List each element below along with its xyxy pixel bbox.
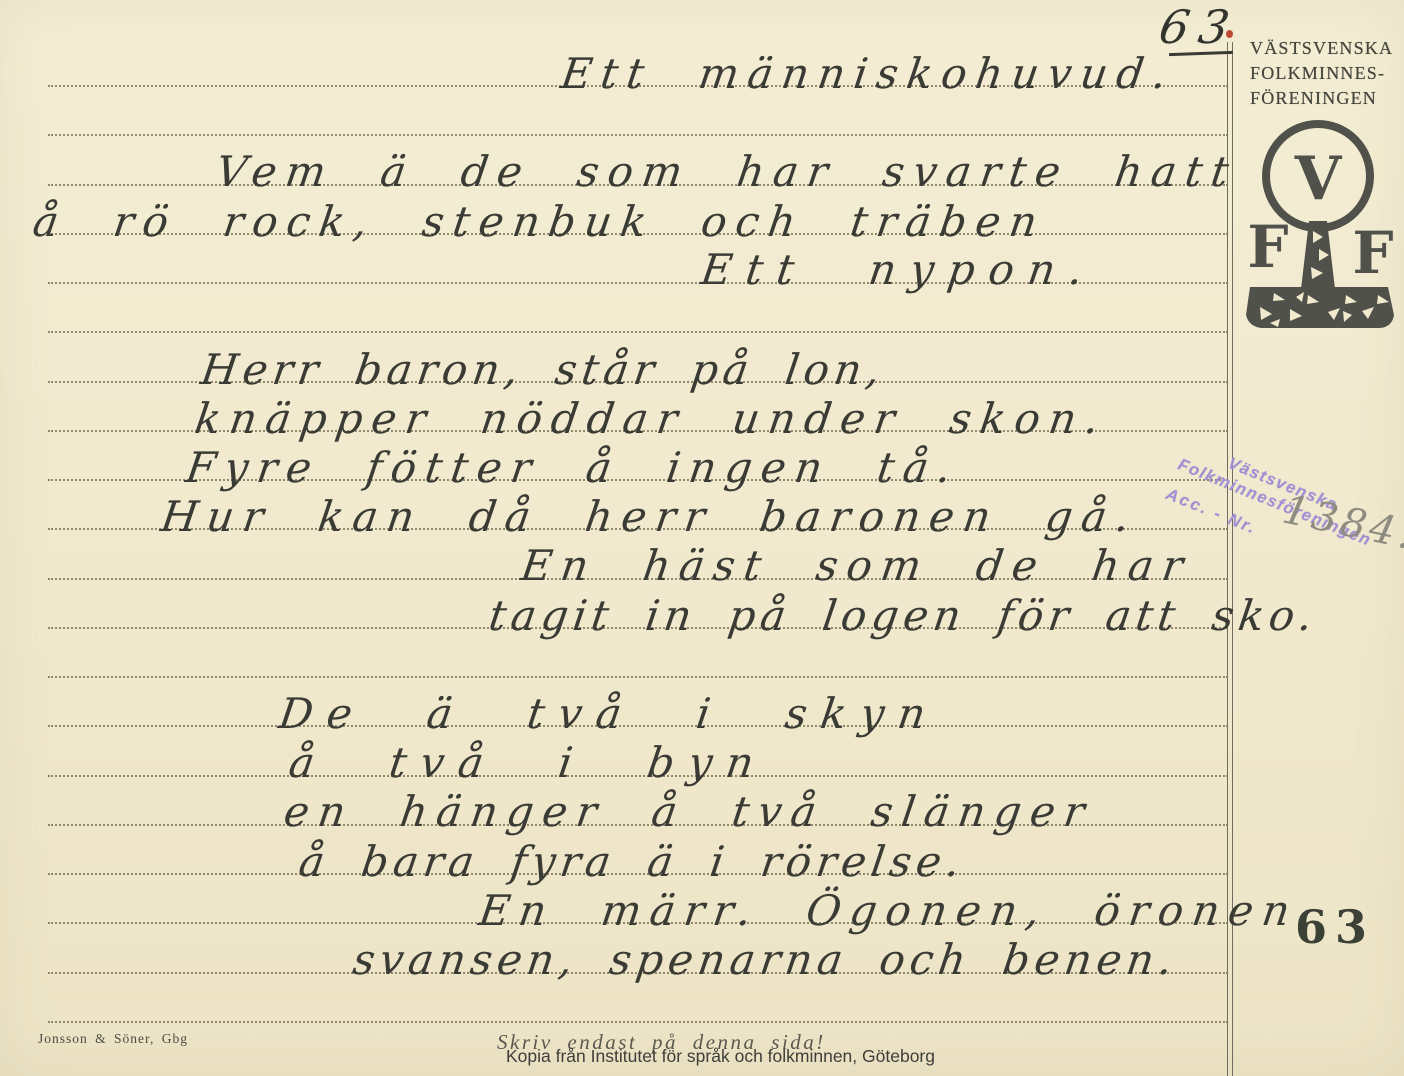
ruled-line xyxy=(48,1021,1228,1023)
ruled-line xyxy=(48,134,1228,136)
handwritten-answer-r2-1: En häst som de har xyxy=(518,541,1195,590)
handwritten-title: Ett människohuvud. xyxy=(558,49,1178,98)
vff-hammer-logo: V F F xyxy=(1240,115,1400,340)
ruled-line xyxy=(48,331,1228,333)
handwritten-line-r2-3: Fyre fötter å ingen tå. xyxy=(183,443,963,492)
hammer-head xyxy=(1246,287,1394,328)
handwritten-page-number: 63 xyxy=(1155,0,1243,54)
logo-letter-v: V xyxy=(1294,144,1343,214)
handwritten-line-r2-1: Herr baron, står på lon, xyxy=(198,345,888,394)
org-line-2: FOLKMINNES- xyxy=(1250,61,1393,86)
archive-caption: Kopia från Institutet för språk och folk… xyxy=(506,1046,935,1067)
stamped-page-number: 63 xyxy=(1295,900,1375,954)
logo-letter-f-right: F xyxy=(1352,219,1393,287)
handwritten-answer-r3-2: svansen, spenarna och benen. xyxy=(350,935,1181,984)
organization-name: VÄSTSVENSKA FOLKMINNES- FÖRENINGEN xyxy=(1250,36,1393,111)
handwritten-answer-r1: Ett nypon. xyxy=(698,245,1100,294)
handwritten-line-r2-4: Hur kan då herr baronen gå. xyxy=(158,492,1141,541)
red-dot-mark xyxy=(1226,30,1233,38)
ruled-line xyxy=(48,676,1228,678)
handwritten-answer-r2-2: tagit in på logen för att sko. xyxy=(486,591,1321,640)
handwritten-line-r3-3: en hänger å två slänger xyxy=(281,787,1097,836)
org-line-3: FÖRENINGEN xyxy=(1250,86,1393,111)
logo-letter-f-left: F xyxy=(1247,213,1288,281)
handwritten-line-r3-2: å två i byn xyxy=(286,738,771,787)
hammer-shaft xyxy=(1301,221,1335,289)
handwritten-answer-r3-1: En märr. Ögonen, öronen xyxy=(476,886,1302,935)
handwritten-line-r1-2: å rö rock, stenbuk och träben xyxy=(30,197,1049,246)
handwritten-line-r3-4: å bara fyra ä i rörelse. xyxy=(296,837,968,886)
handwritten-line-r3-1: De ä två i skyn xyxy=(276,689,943,738)
printer-imprint: Jonsson & Söner, Gbg xyxy=(38,1031,188,1047)
manuscript-page: Ett människohuvud. Vem ä de som har svar… xyxy=(0,0,1404,1076)
handwritten-line-r2-2: knäpper nöddar under skon. xyxy=(192,394,1111,443)
org-line-1: VÄSTSVENSKA xyxy=(1250,36,1393,61)
handwritten-line-r1-1: Vem ä de som har svarte hatt xyxy=(213,147,1241,196)
